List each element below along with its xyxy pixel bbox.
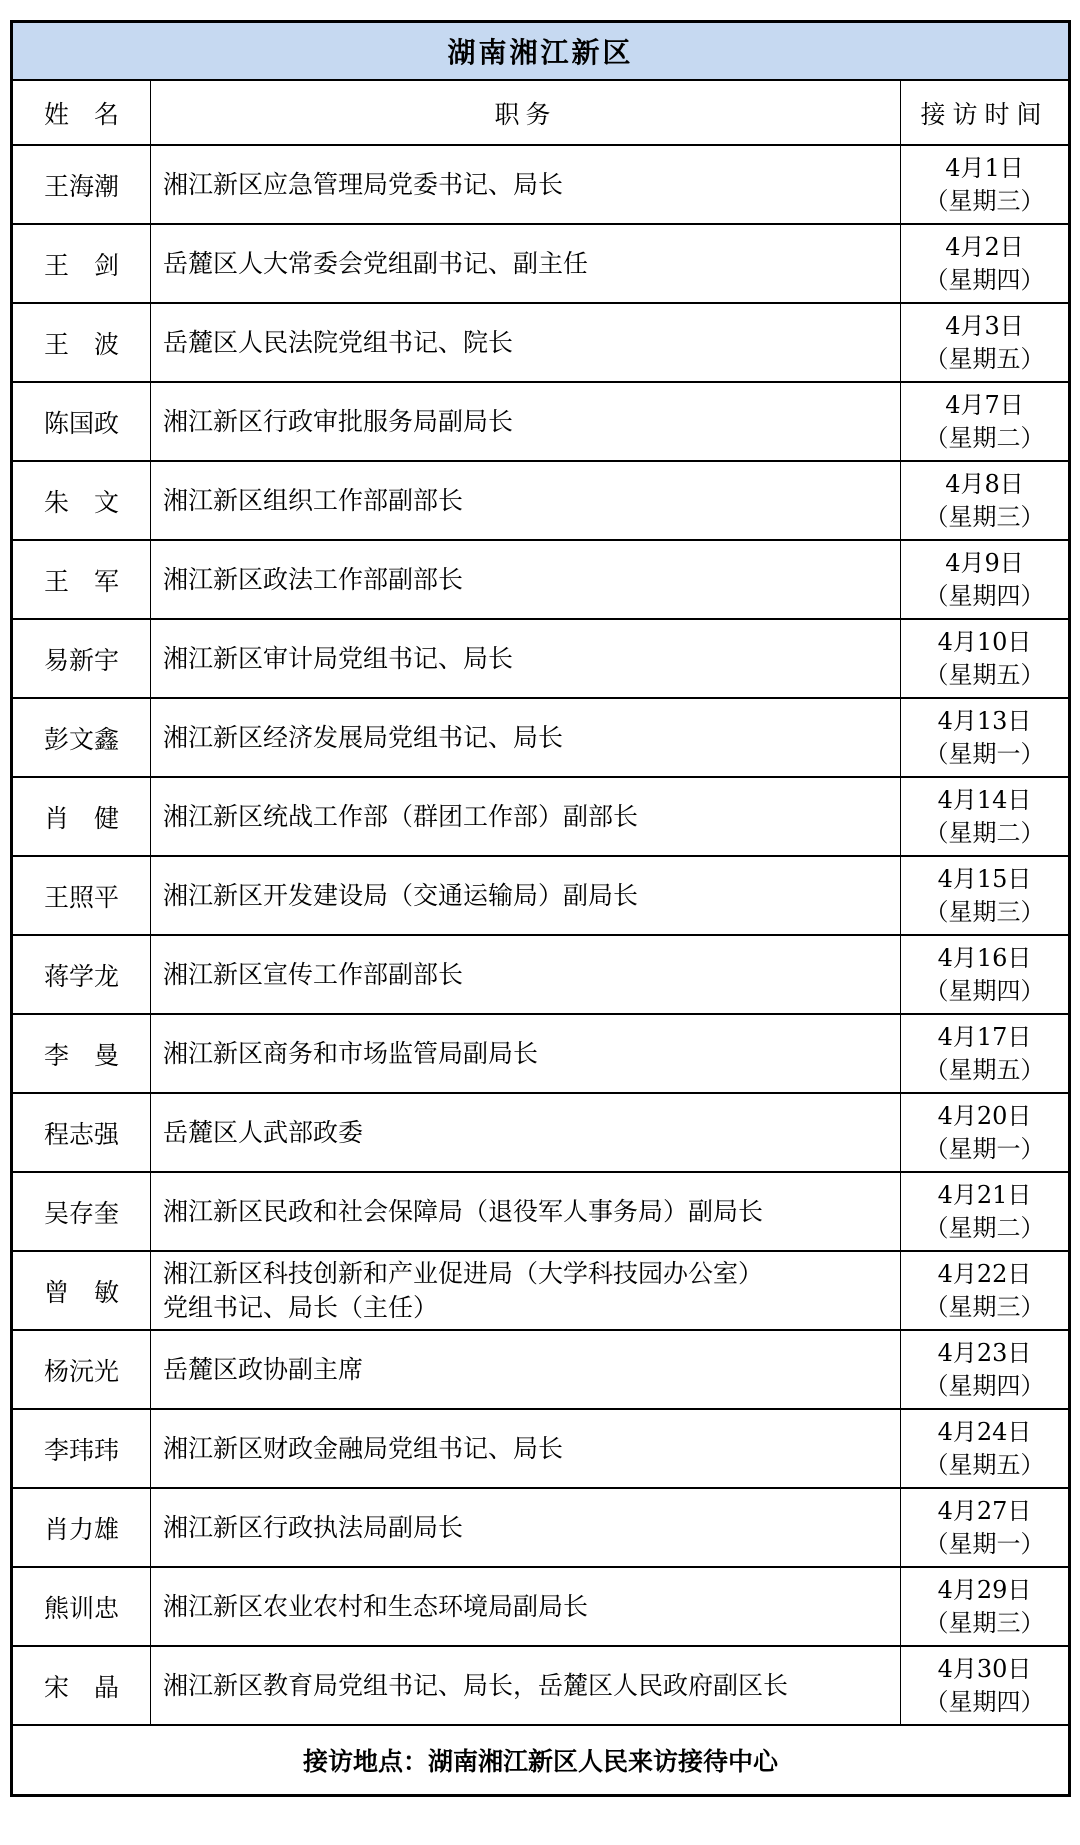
official-position: 湘江新区科技创新和产业促进局（大学科技园办公室） 党组书记、局长（主任） — [151, 1251, 901, 1330]
official-position: 岳麓区人武部政委 — [151, 1093, 901, 1172]
reception-date: 4月16日 — [902, 942, 1067, 975]
reception-time: 4月23日 （星期四） — [901, 1330, 1070, 1409]
official-name: 朱 文 — [12, 461, 151, 540]
table-row: 王海潮 湘江新区应急管理局党委书记、局长 4月1日 （星期三） — [12, 145, 1070, 224]
reception-weekday: （星期四） — [902, 264, 1067, 297]
official-position: 湘江新区行政审批服务局副局长 — [151, 382, 901, 461]
official-name: 宋 晶 — [12, 1646, 151, 1725]
reception-date: 4月7日 — [902, 389, 1067, 422]
reception-time: 4月8日 （星期三） — [901, 461, 1070, 540]
official-name: 杨沅光 — [12, 1330, 151, 1409]
reception-date: 4月22日 — [902, 1258, 1067, 1291]
reception-time: 4月30日 （星期四） — [901, 1646, 1070, 1725]
table-row: 熊训忠 湘江新区农业农村和生态环境局副局长 4月29日 （星期三） — [12, 1567, 1070, 1646]
official-name: 肖力雄 — [12, 1488, 151, 1567]
reception-date: 4月23日 — [902, 1337, 1067, 1370]
reception-schedule-table: 湖南湘江新区 姓 名 职务 接访时间 王海潮 湘江新区应急管理局党委书记、局长 … — [10, 20, 1071, 1797]
reception-time: 4月24日 （星期五） — [901, 1409, 1070, 1488]
official-name: 王 剑 — [12, 224, 151, 303]
official-position: 湘江新区农业农村和生态环境局副局长 — [151, 1567, 901, 1646]
reception-date: 4月1日 — [902, 152, 1067, 185]
official-position: 湘江新区统战工作部（群团工作部）副部长 — [151, 777, 901, 856]
reception-weekday: （星期二） — [902, 422, 1067, 455]
reception-time: 4月1日 （星期三） — [901, 145, 1070, 224]
official-position: 湘江新区宣传工作部副部长 — [151, 935, 901, 1014]
reception-weekday: （星期四） — [902, 580, 1067, 613]
col-header-name: 姓 名 — [12, 80, 151, 145]
reception-date: 4月3日 — [902, 310, 1067, 343]
reception-weekday: （星期四） — [902, 975, 1067, 1008]
reception-weekday: （星期五） — [902, 659, 1067, 692]
table-row: 宋 晶 湘江新区教育局党组书记、局长，岳麓区人民政府副区长 4月30日 （星期四… — [12, 1646, 1070, 1725]
reception-time: 4月20日 （星期一） — [901, 1093, 1070, 1172]
reception-weekday: （星期三） — [902, 1291, 1067, 1324]
table-row: 王 军 湘江新区政法工作部副部长 4月9日 （星期四） — [12, 540, 1070, 619]
table-row: 肖 健 湘江新区统战工作部（群团工作部）副部长 4月14日 （星期二） — [12, 777, 1070, 856]
table-row: 李 曼 湘江新区商务和市场监管局副局长 4月17日 （星期五） — [12, 1014, 1070, 1093]
official-position: 湘江新区政法工作部副部长 — [151, 540, 901, 619]
reception-date: 4月13日 — [902, 705, 1067, 738]
reception-date: 4月14日 — [902, 784, 1067, 817]
table-row: 吴存奎 湘江新区民政和社会保障局（退役军人事务局）副局长 4月21日 （星期二） — [12, 1172, 1070, 1251]
reception-weekday: （星期四） — [902, 1686, 1067, 1719]
official-name: 吴存奎 — [12, 1172, 151, 1251]
reception-time: 4月16日 （星期四） — [901, 935, 1070, 1014]
col-header-time: 接访时间 — [901, 80, 1070, 145]
reception-weekday: （星期五） — [902, 343, 1067, 376]
reception-time: 4月15日 （星期三） — [901, 856, 1070, 935]
reception-time: 4月13日 （星期一） — [901, 698, 1070, 777]
reception-weekday: （星期五） — [902, 1449, 1067, 1482]
official-position: 湘江新区行政执法局副局长 — [151, 1488, 901, 1567]
table-body: 王海潮 湘江新区应急管理局党委书记、局长 4月1日 （星期三） 王 剑 岳麓区人… — [12, 145, 1070, 1725]
official-name: 熊训忠 — [12, 1567, 151, 1646]
table-row: 陈国政 湘江新区行政审批服务局副局长 4月7日 （星期二） — [12, 382, 1070, 461]
reception-time: 4月21日 （星期二） — [901, 1172, 1070, 1251]
footer-row: 接访地点：湖南湘江新区人民来访接待中心 — [12, 1725, 1070, 1796]
official-name: 陈国政 — [12, 382, 151, 461]
official-position: 湘江新区开发建设局（交通运输局）副局长 — [151, 856, 901, 935]
column-header-row: 姓 名 职务 接访时间 — [12, 80, 1070, 145]
official-name: 王 波 — [12, 303, 151, 382]
page: 湖南湘江新区 姓 名 职务 接访时间 王海潮 湘江新区应急管理局党委书记、局长 … — [0, 0, 1080, 1845]
official-position: 岳麓区人民法院党组书记、院长 — [151, 303, 901, 382]
table-row: 朱 文 湘江新区组织工作部副部长 4月8日 （星期三） — [12, 461, 1070, 540]
reception-weekday: （星期一） — [902, 1528, 1067, 1561]
table-row: 易新宇 湘江新区审计局党组书记、局长 4月10日 （星期五） — [12, 619, 1070, 698]
official-name: 肖 健 — [12, 777, 151, 856]
table-row: 李玮玮 湘江新区财政金融局党组书记、局长 4月24日 （星期五） — [12, 1409, 1070, 1488]
reception-weekday: （星期三） — [902, 896, 1067, 929]
table-row: 程志强 岳麓区人武部政委 4月20日 （星期一） — [12, 1093, 1070, 1172]
reception-date: 4月9日 — [902, 547, 1067, 580]
reception-date: 4月29日 — [902, 1574, 1067, 1607]
reception-time: 4月7日 （星期二） — [901, 382, 1070, 461]
official-name: 曾 敏 — [12, 1251, 151, 1330]
reception-date: 4月21日 — [902, 1179, 1067, 1212]
reception-time: 4月27日 （星期一） — [901, 1488, 1070, 1567]
official-position: 湘江新区商务和市场监管局副局长 — [151, 1014, 901, 1093]
title-row: 湖南湘江新区 — [12, 22, 1070, 81]
reception-time: 4月9日 （星期四） — [901, 540, 1070, 619]
official-name: 易新宇 — [12, 619, 151, 698]
reception-date: 4月27日 — [902, 1495, 1067, 1528]
official-position: 湘江新区教育局党组书记、局长，岳麓区人民政府副区长 — [151, 1646, 901, 1725]
reception-date: 4月24日 — [902, 1416, 1067, 1449]
reception-time: 4月17日 （星期五） — [901, 1014, 1070, 1093]
reception-date: 4月15日 — [902, 863, 1067, 896]
reception-time: 4月22日 （星期三） — [901, 1251, 1070, 1330]
official-position: 岳麓区政协副主席 — [151, 1330, 901, 1409]
table-row: 王照平 湘江新区开发建设局（交通运输局）副局长 4月15日 （星期三） — [12, 856, 1070, 935]
official-name: 彭文鑫 — [12, 698, 151, 777]
reception-time: 4月10日 （星期五） — [901, 619, 1070, 698]
reception-time: 4月14日 （星期二） — [901, 777, 1070, 856]
col-header-position: 职务 — [151, 80, 901, 145]
official-name: 王海潮 — [12, 145, 151, 224]
official-name: 王照平 — [12, 856, 151, 935]
reception-time: 4月3日 （星期五） — [901, 303, 1070, 382]
reception-weekday: （星期三） — [902, 501, 1067, 534]
official-position: 湘江新区经济发展局党组书记、局长 — [151, 698, 901, 777]
table-row: 蒋学龙 湘江新区宣传工作部副部长 4月16日 （星期四） — [12, 935, 1070, 1014]
official-name: 李 曼 — [12, 1014, 151, 1093]
reception-weekday: （星期五） — [902, 1054, 1067, 1087]
reception-weekday: （星期二） — [902, 1212, 1067, 1245]
reception-date: 4月10日 — [902, 626, 1067, 659]
reception-date: 4月20日 — [902, 1100, 1067, 1133]
reception-date: 4月8日 — [902, 468, 1067, 501]
official-name: 蒋学龙 — [12, 935, 151, 1014]
reception-date: 4月2日 — [902, 231, 1067, 264]
official-name: 王 军 — [12, 540, 151, 619]
reception-weekday: （星期一） — [902, 738, 1067, 771]
table-row: 肖力雄 湘江新区行政执法局副局长 4月27日 （星期一） — [12, 1488, 1070, 1567]
official-position: 湘江新区组织工作部副部长 — [151, 461, 901, 540]
official-name: 李玮玮 — [12, 1409, 151, 1488]
reception-time: 4月29日 （星期三） — [901, 1567, 1070, 1646]
table-row: 彭文鑫 湘江新区经济发展局党组书记、局长 4月13日 （星期一） — [12, 698, 1070, 777]
table-title: 湖南湘江新区 — [12, 22, 1070, 81]
reception-weekday: （星期三） — [902, 1607, 1067, 1640]
official-position: 湘江新区民政和社会保障局（退役军人事务局）副局长 — [151, 1172, 901, 1251]
footer-location: 接访地点：湖南湘江新区人民来访接待中心 — [12, 1725, 1070, 1796]
table-row: 王 剑 岳麓区人大常委会党组副书记、副主任 4月2日 （星期四） — [12, 224, 1070, 303]
official-position: 湘江新区应急管理局党委书记、局长 — [151, 145, 901, 224]
reception-weekday: （星期四） — [902, 1370, 1067, 1403]
official-position: 湘江新区财政金融局党组书记、局长 — [151, 1409, 901, 1488]
table-row: 曾 敏 湘江新区科技创新和产业促进局（大学科技园办公室） 党组书记、局长（主任）… — [12, 1251, 1070, 1330]
table-row: 王 波 岳麓区人民法院党组书记、院长 4月3日 （星期五） — [12, 303, 1070, 382]
official-position: 岳麓区人大常委会党组副书记、副主任 — [151, 224, 901, 303]
reception-date: 4月17日 — [902, 1021, 1067, 1054]
reception-date: 4月30日 — [902, 1653, 1067, 1686]
reception-time: 4月2日 （星期四） — [901, 224, 1070, 303]
official-position: 湘江新区审计局党组书记、局长 — [151, 619, 901, 698]
official-name: 程志强 — [12, 1093, 151, 1172]
reception-weekday: （星期三） — [902, 185, 1067, 218]
reception-weekday: （星期一） — [902, 1133, 1067, 1166]
table-row: 杨沅光 岳麓区政协副主席 4月23日 （星期四） — [12, 1330, 1070, 1409]
reception-weekday: （星期二） — [902, 817, 1067, 850]
